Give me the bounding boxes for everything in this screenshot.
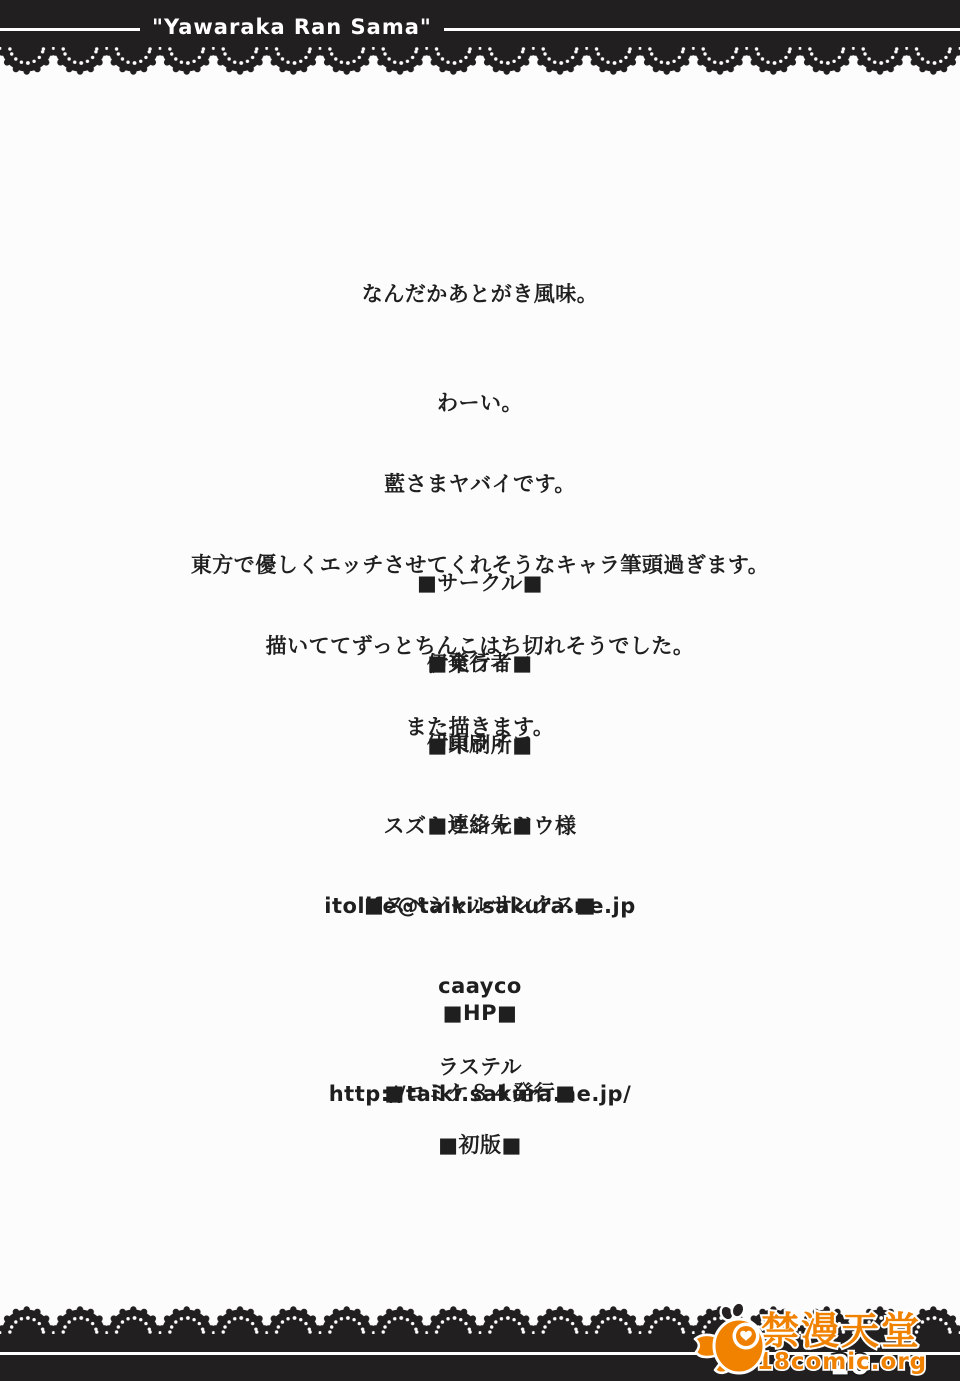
afterword-line: わーい。 xyxy=(0,390,960,417)
header: "Yawaraka Ran Sama" xyxy=(0,18,960,40)
watermark-site-url: 18comic.org xyxy=(757,1349,927,1375)
afterword-line: 藍さまヤバイです。 xyxy=(0,471,960,498)
header-rule-left xyxy=(0,28,140,31)
credit-label: ■連絡先■ xyxy=(0,812,960,839)
credit-label: ■サークル■ xyxy=(0,570,960,597)
page-title: "Yawaraka Ran Sama" xyxy=(140,15,444,39)
credit-label: ■発行者■ xyxy=(0,650,960,677)
afterword-intro: なんだかあとがき風味。 xyxy=(0,281,960,308)
doujin-afterword-page: { "header": { "title": "\"Yawaraka Ran S… xyxy=(0,0,960,1381)
goldfish-mascot-icon xyxy=(695,1301,764,1373)
credit-edition: ■初版■ xyxy=(0,1078,960,1186)
credit-label: ■HP■ xyxy=(0,1000,960,1027)
watermark-site-name: 禁漫天堂 xyxy=(761,1309,921,1353)
credit-label: ■初版■ xyxy=(0,1132,960,1159)
credit-label: ■スペシャルサンクス■ xyxy=(0,892,960,919)
credit-label: ■印刷所■ xyxy=(0,732,960,759)
watermark-logo: 20 禁漫天堂 18comic.org xyxy=(690,1289,960,1381)
header-rule-right xyxy=(444,28,960,31)
